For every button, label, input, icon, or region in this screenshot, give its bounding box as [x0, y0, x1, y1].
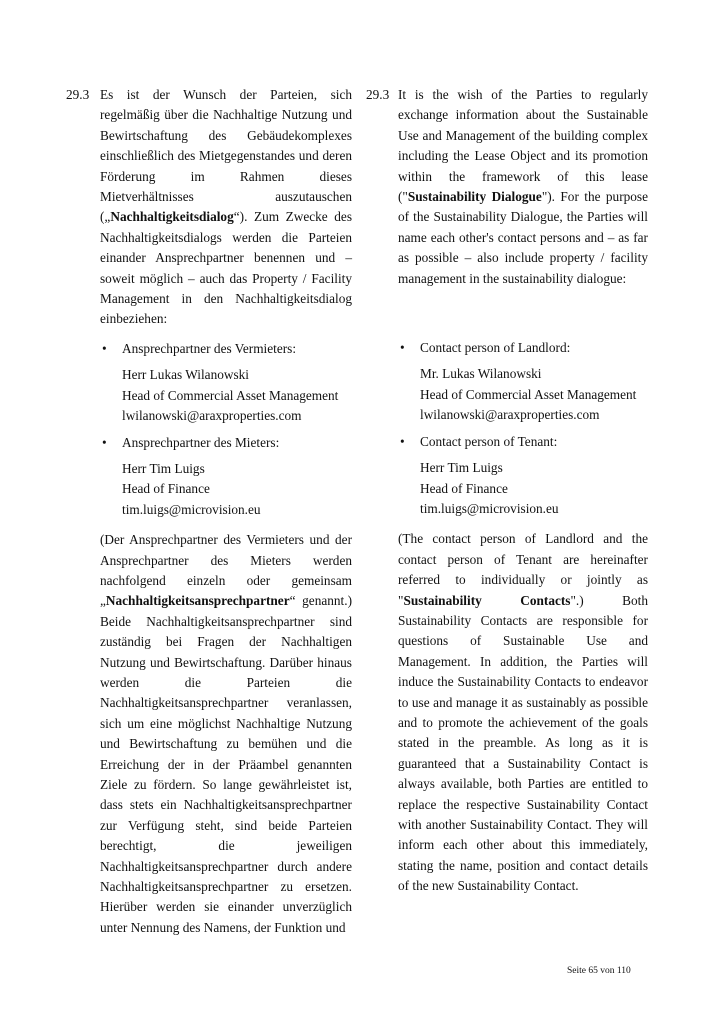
- contact-name: Herr Tim Luigs: [420, 458, 648, 478]
- bullet-icon: •: [100, 433, 122, 527]
- contact-email: lwilanowski@araxproperties.com: [420, 405, 648, 425]
- contact-title: Head of Commercial Asset Management: [420, 385, 648, 405]
- contact-label: Ansprechpartner des Vermieters:: [122, 339, 352, 359]
- closing-paragraph: (Der Ansprechpartner des Vermieters und …: [100, 530, 352, 938]
- contact-name: Mr. Lukas Wilanowski: [420, 364, 648, 384]
- list-item: • Ansprechpartner des Mieters: Herr Tim …: [100, 433, 352, 527]
- intro-paragraph: It is the wish of the Parties to regular…: [398, 85, 648, 289]
- closing-paragraph: (The contact person of Landlord and the …: [398, 529, 648, 896]
- contact-label: Ansprechpartner des Mieters:: [122, 433, 352, 453]
- defined-term: Sustainability Contacts: [403, 593, 570, 608]
- german-column: 29.3 Es ist der Wunsch der Parteien, sic…: [66, 85, 352, 938]
- contact-title: Head of Finance: [122, 479, 352, 499]
- contact-title: Head of Commercial Asset Management: [122, 386, 352, 406]
- clause-29-3-en: 29.3 It is the wish of the Parties to re…: [366, 85, 648, 897]
- contact-email: lwilanowski@araxproperties.com: [122, 406, 352, 426]
- intro-paragraph: Es ist der Wunsch der Parteien, sich reg…: [100, 85, 352, 330]
- contact-list: • Contact person of Landlord: Mr. Lukas …: [398, 338, 648, 525]
- contact-label: Contact person of Tenant:: [420, 432, 648, 452]
- clause-29-3-de: 29.3 Es ist der Wunsch der Parteien, sic…: [66, 85, 352, 938]
- list-item: • Ansprechpartner des Vermieters: Herr L…: [100, 339, 352, 433]
- contact-list: • Ansprechpartner des Vermieters: Herr L…: [100, 339, 352, 526]
- bullet-icon: •: [398, 432, 420, 526]
- defined-term: Nachhaltigkeitsansprechpartner: [106, 593, 290, 608]
- bullet-icon: •: [398, 338, 420, 432]
- clause-number: 29.3: [66, 85, 100, 938]
- bullet-icon: •: [100, 339, 122, 433]
- page-number: Seite 65 von 110: [567, 966, 631, 976]
- list-item: • Contact person of Landlord: Mr. Lukas …: [398, 338, 648, 432]
- clause-number: 29.3: [366, 85, 398, 897]
- contact-label: Contact person of Landlord:: [420, 338, 648, 358]
- contact-email: tim.luigs@microvision.eu: [420, 499, 648, 519]
- contact-name: Herr Lukas Wilanowski: [122, 365, 352, 385]
- contact-email: tim.luigs@microvision.eu: [122, 500, 352, 520]
- list-item: • Contact person of Tenant: Herr Tim Lui…: [398, 432, 648, 526]
- defined-term: Sustainability Dialogue: [408, 189, 542, 204]
- contact-name: Herr Tim Luigs: [122, 459, 352, 479]
- defined-term: Nachhaltigkeitsdialog: [110, 209, 233, 224]
- contact-title: Head of Finance: [420, 479, 648, 499]
- english-column: 29.3 It is the wish of the Parties to re…: [366, 85, 648, 897]
